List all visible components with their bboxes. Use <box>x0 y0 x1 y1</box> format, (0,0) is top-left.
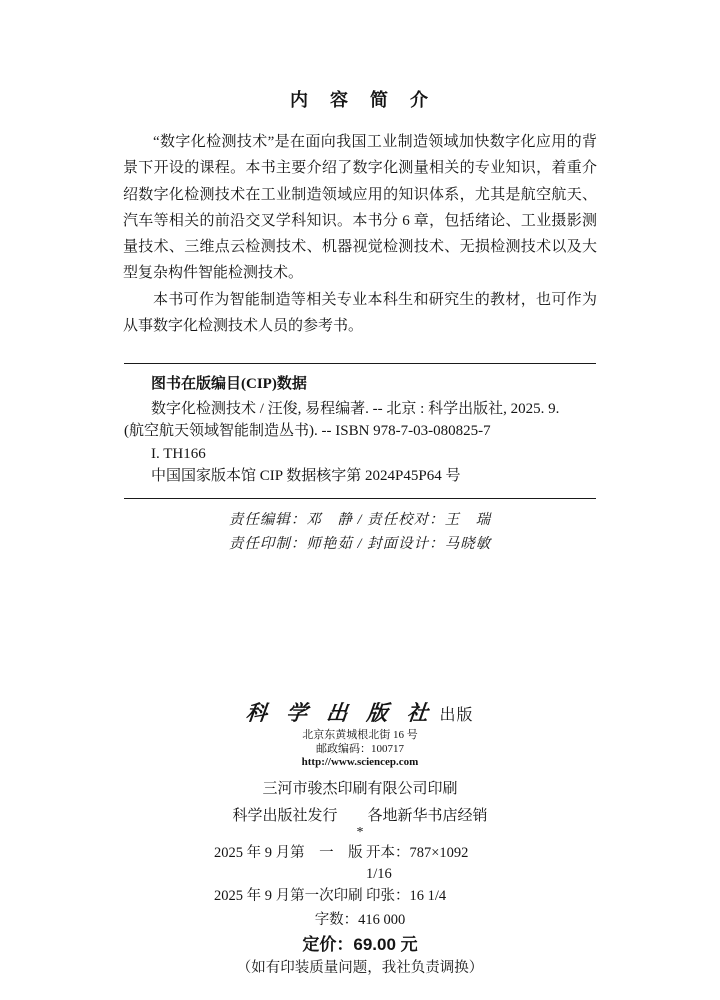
publisher-postcode: 邮政编码：100717 <box>0 743 720 757</box>
cip-entry-line1: 数字化检测技术 / 汪俊, 易程编著. -- 北京 : 科学出版社, 2025.… <box>124 398 596 421</box>
colophon: 科 学 出 版 社 出版 北京东黄城根北街 16 号 邮政编码：100717 h… <box>0 700 720 979</box>
publisher-suffix: 出版 <box>439 707 473 724</box>
publisher-line: 科 学 出 版 社 出版 <box>0 700 720 729</box>
edition-row-2: 2025 年 9 月第一次印刷 印张：16 1/4 <box>214 886 506 908</box>
summary-paragraph-1: “数字化检测技术”是在面向我国工业制造领域加快数字化应用的背景下开设的课程。本书… <box>123 129 597 287</box>
cip-data-box: 图书在版编目(CIP)数据 数字化检测技术 / 汪俊, 易程编著. -- 北京 … <box>124 363 596 499</box>
section-title-content-summary: 内 容 简 介 <box>0 0 720 112</box>
cip-header: 图书在版编目(CIP)数据 <box>124 373 596 396</box>
staff-credits: 责任编辑：邓 静 / 责任校对：王 瑞 责任印制：师艳茹 / 封面设计：马晓敏 <box>0 508 720 556</box>
publisher-address: 北京东黄城根北街 16 号 <box>0 729 720 743</box>
word-count: 字数：416 000 <box>0 910 720 931</box>
staff-credits-line2: 责任印制：师艳茹 / 封面设计：马晓敏 <box>0 532 720 556</box>
sheet-count: 印张：16 1/4 <box>366 886 506 908</box>
distribution-line: 科学出版社发行 各地新华书店经销 <box>0 806 720 826</box>
printing-date: 2025 年 9 月第一次印刷 <box>214 886 366 908</box>
quality-note: （如有印装质量问题，我社负责调换） <box>0 958 720 979</box>
edition-date: 2025 年 9 月第 一 版 <box>214 843 366 886</box>
content-summary-body: “数字化检测技术”是在面向我国工业制造领域加快数字化应用的背景下开设的课程。本书… <box>123 129 597 339</box>
format-spec: 开本：787×1092 1/16 <box>366 843 506 886</box>
science-press-logotype: 科 学 出 版 社 <box>245 700 437 726</box>
edition-row-1: 2025 年 9 月第 一 版 开本：787×1092 1/16 <box>214 843 506 886</box>
printer-line: 三河市骏杰印刷有限公司印刷 <box>0 779 720 799</box>
copyright-page: 内 容 简 介 “数字化检测技术”是在面向我国工业制造领域加快数字化应用的背景下… <box>0 0 720 1000</box>
publisher-url: http://www.sciencep.com <box>0 756 720 770</box>
cip-class-code: I. TH166 <box>124 443 596 466</box>
summary-paragraph-2: 本书可作为智能制造等相关专业本科生和研究生的教材，也可作为从事数字化检测技术人员… <box>123 287 597 340</box>
asterisk-divider: * <box>0 826 720 840</box>
price: 定价：69.00 元 <box>0 933 720 957</box>
cip-entry-line2: (航空航天领域智能制造丛书). -- ISBN 978-7-03-080825-… <box>124 420 596 443</box>
staff-credits-line1: 责任编辑：邓 静 / 责任校对：王 瑞 <box>0 508 720 532</box>
edition-info: 2025 年 9 月第 一 版 开本：787×1092 1/16 2025 年 … <box>214 843 506 908</box>
cip-record-number: 中国国家版本馆 CIP 数据核字第 2024P45P64 号 <box>124 465 596 488</box>
